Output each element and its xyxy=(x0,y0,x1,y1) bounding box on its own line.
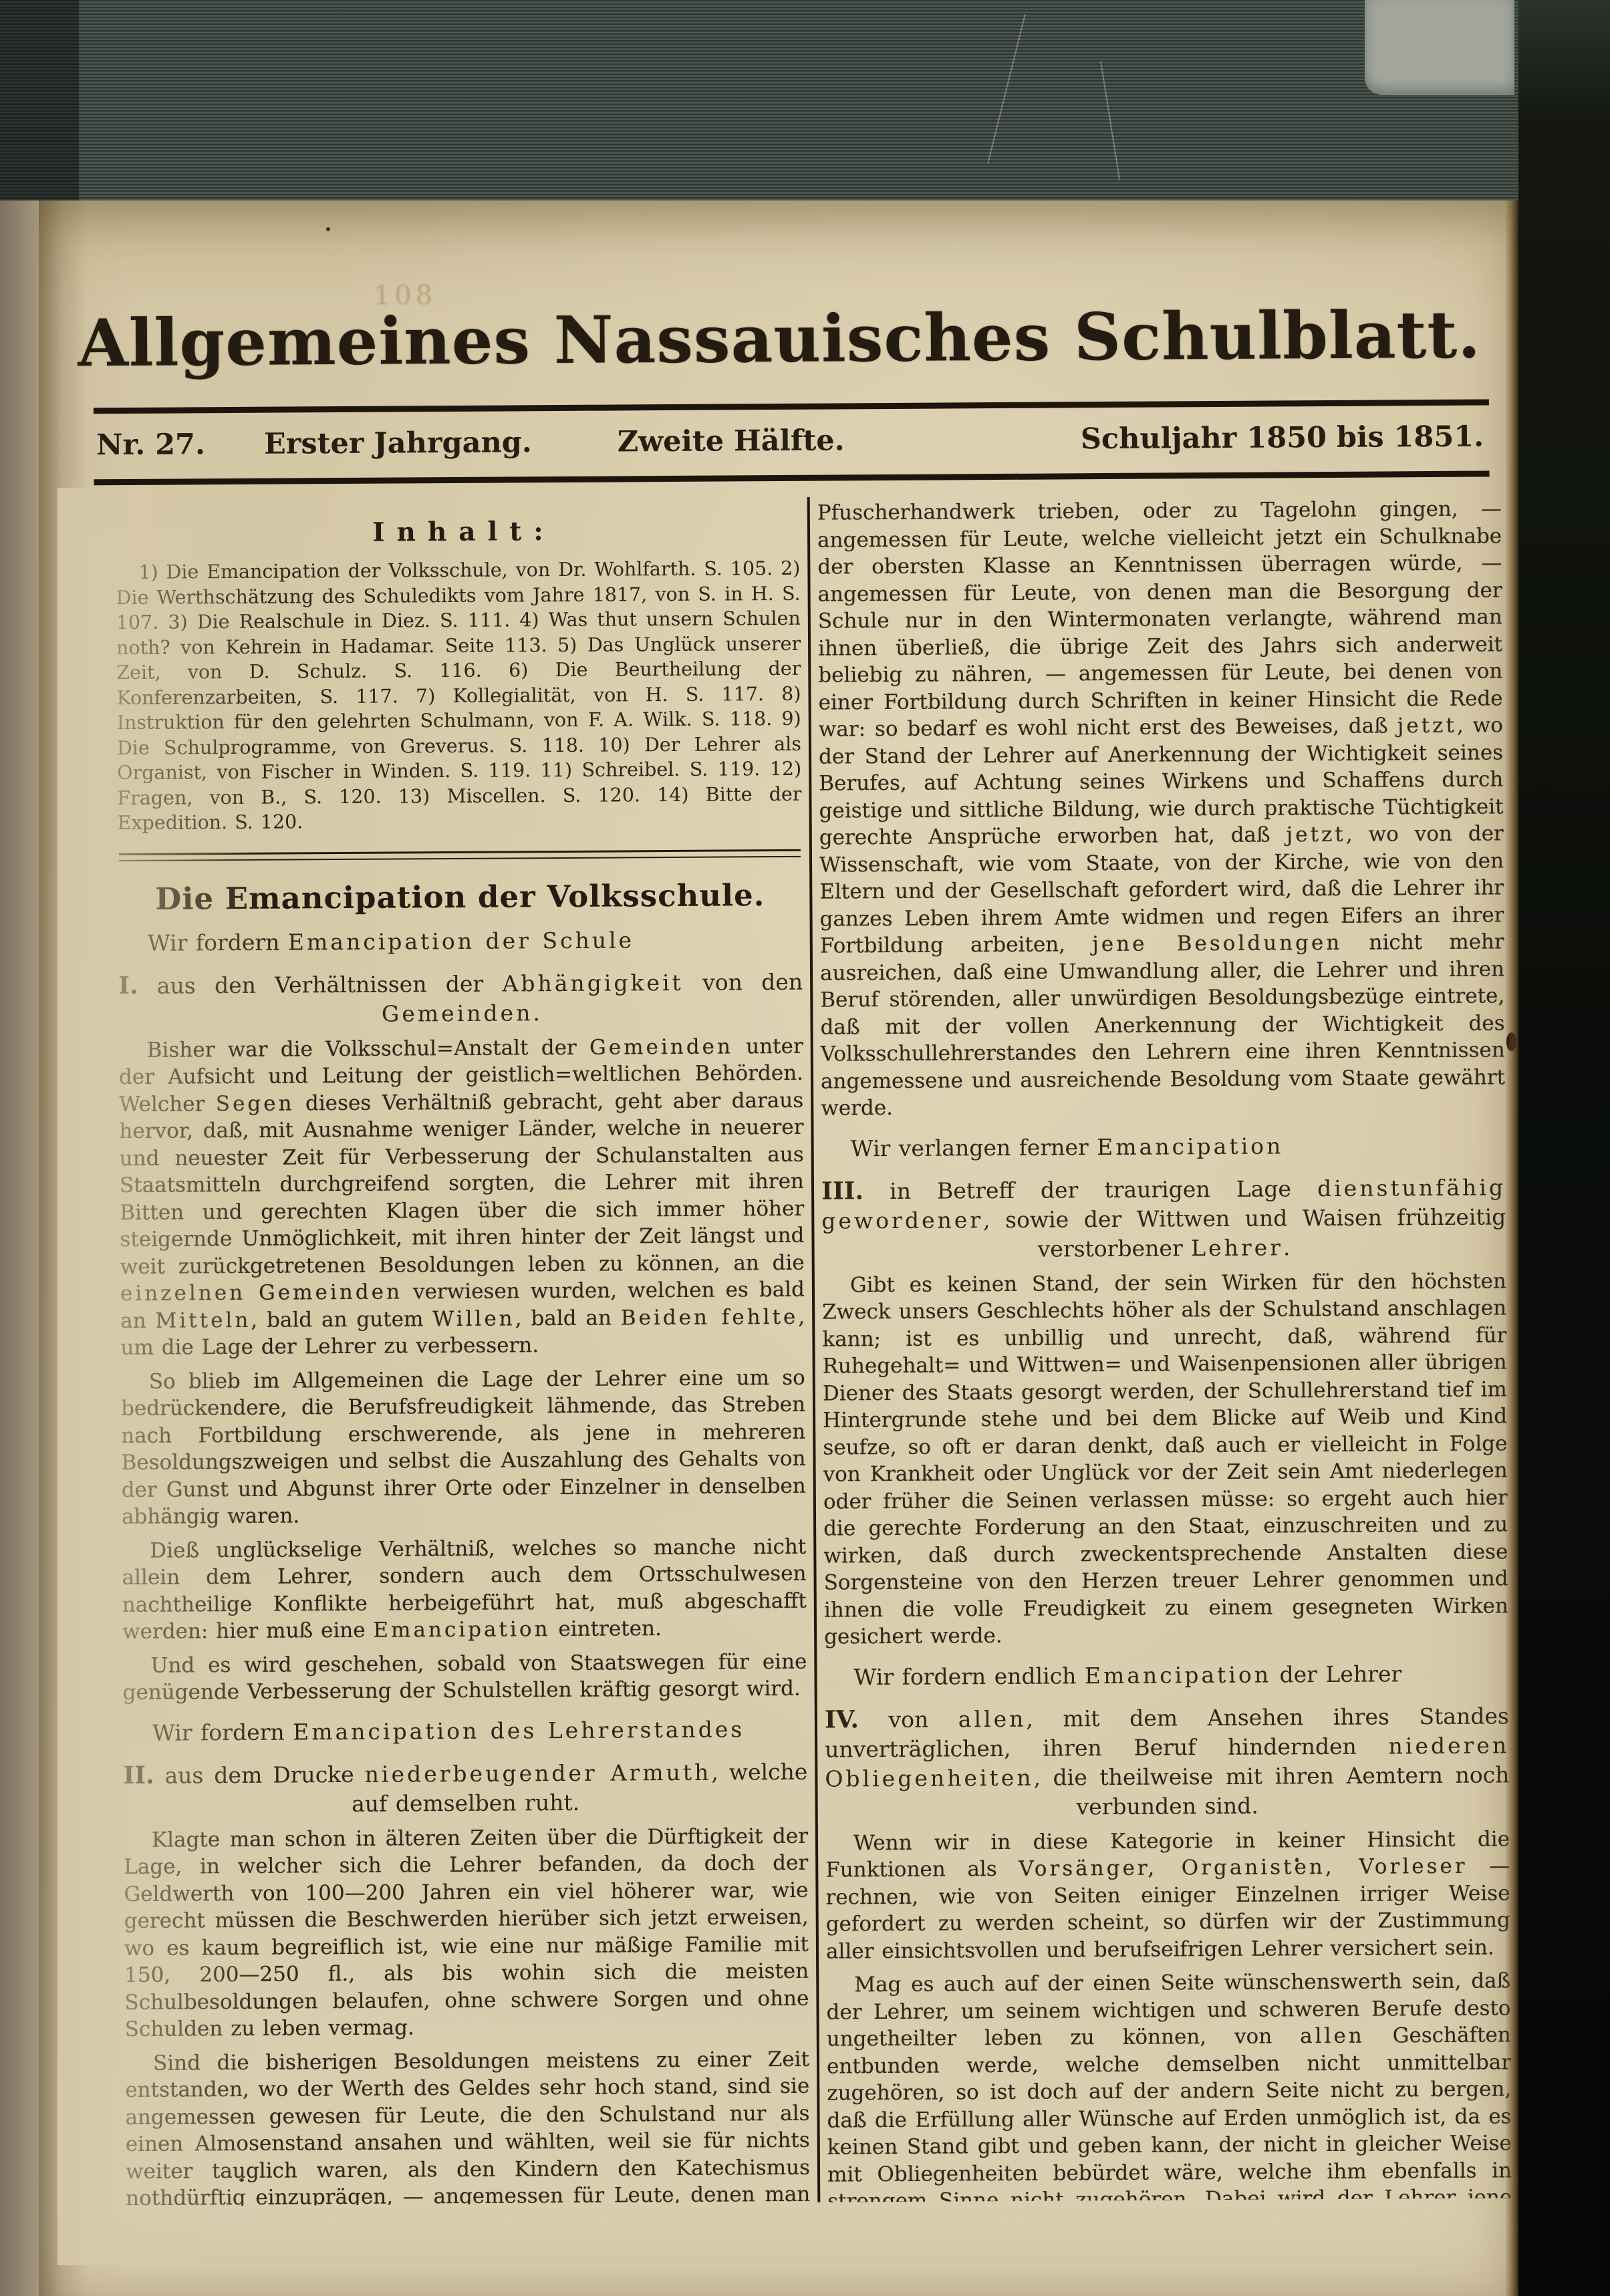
issue-half: Zweite Hälfte. xyxy=(618,424,845,458)
scanned-newspaper-screenshot: { "palette":{"paper":"#d6caa9","ink":"#2… xyxy=(0,0,1610,2296)
adjacent-page-corner xyxy=(1365,0,1514,95)
body-paragraph-continued: Pfuscherhandwerk trieben, oder zu Tagelo… xyxy=(817,495,1506,1122)
issue-schoolyear: Schuljahr 1850 bis 1851. xyxy=(1081,420,1484,456)
demand-item: III. in Betreff der traurigen Lage diens… xyxy=(821,1172,1506,1265)
body-paragraph: Dieß unglückselige Verhältniß, welches s… xyxy=(122,1533,807,1645)
body-paragraph: Wenn wir in diese Kategorie in keiner Hi… xyxy=(825,1826,1510,1965)
section-divider-rule xyxy=(119,849,801,861)
body-paragraph: Gibt es keinen Stand, der sein Wirken fü… xyxy=(822,1268,1508,1651)
bleed-through-page-number: 108 xyxy=(374,280,437,311)
demand-line: Wir verlangen ferner Emancipation xyxy=(851,1131,1506,1161)
paper-edge-shadow xyxy=(1505,200,1518,2296)
issue-volume: Erster Jahrgang. xyxy=(264,426,532,460)
right-column: Pfuscherhandwerk trieben, oder zu Tagelo… xyxy=(817,492,1512,2202)
body-paragraph: So blieb im Allgemeinen die Lage der Leh… xyxy=(121,1364,806,1530)
scanner-background-right xyxy=(1518,0,1610,2296)
body-paragraph: Und es wird geschehen, sobald von Staats… xyxy=(122,1648,807,1706)
left-column: Inhalt:1) Die Emancipation der Volksschu… xyxy=(116,497,811,2206)
newspaper-page: 108 Allgemeines Nassauisches Schulblatt.… xyxy=(39,200,1518,2296)
scanner-scratch xyxy=(987,14,1026,164)
issue-number: Nr. 27. xyxy=(96,428,205,462)
scanner-shadow-top-left xyxy=(0,0,79,202)
demand-item: II. aus dem Drucke niederbeugender Armut… xyxy=(123,1756,808,1820)
horizontal-rule-bottom xyxy=(94,471,1490,486)
body-paragraph: Klagte man schon in älteren Zeiten über … xyxy=(124,1822,809,2043)
demand-line: Wir fordern Emancipation der Schule xyxy=(148,925,803,956)
scanner-scratch xyxy=(1100,61,1120,180)
two-column-text: Inhalt:1) Die Emancipation der Volksschu… xyxy=(116,492,1512,2206)
body-paragraph: Mag es auch auf der einen Seite wünschen… xyxy=(826,1967,1512,2206)
demand-line: Wir fordern endlich Emancipation der Leh… xyxy=(853,1660,1508,1690)
inhalt-heading: Inhalt: xyxy=(116,515,800,549)
printed-content: 108 Allgemeines Nassauisches Schulblatt.… xyxy=(39,196,1531,2296)
body-paragraph: Bisher war die Volksschul=Anstalt der Ge… xyxy=(119,1032,805,1361)
demand-line: Wir fordern Emancipation des Lehrerstand… xyxy=(152,1715,807,1745)
issue-line: Nr. 27. Erster Jahrgang. Zweite Hälfte. … xyxy=(96,420,1484,462)
demand-item: IV. von allen, mit dem Ansehen ihres Sta… xyxy=(825,1701,1510,1823)
table-of-contents: 1) Die Emancipation der Volksschule, von… xyxy=(116,556,802,836)
demand-item: I. aus den Verhältnissen der Abhängigkei… xyxy=(118,966,803,1030)
body-paragraph: Sind die bisherigen Besoldungen meistens… xyxy=(125,2045,811,2206)
masthead-title: Allgemeines Nassauisches Schulblatt. xyxy=(59,296,1500,381)
page-gutter-strip xyxy=(0,200,39,2296)
article-title: Die Emancipation der Volksschule. xyxy=(118,877,802,916)
horizontal-rule-top xyxy=(94,400,1489,414)
